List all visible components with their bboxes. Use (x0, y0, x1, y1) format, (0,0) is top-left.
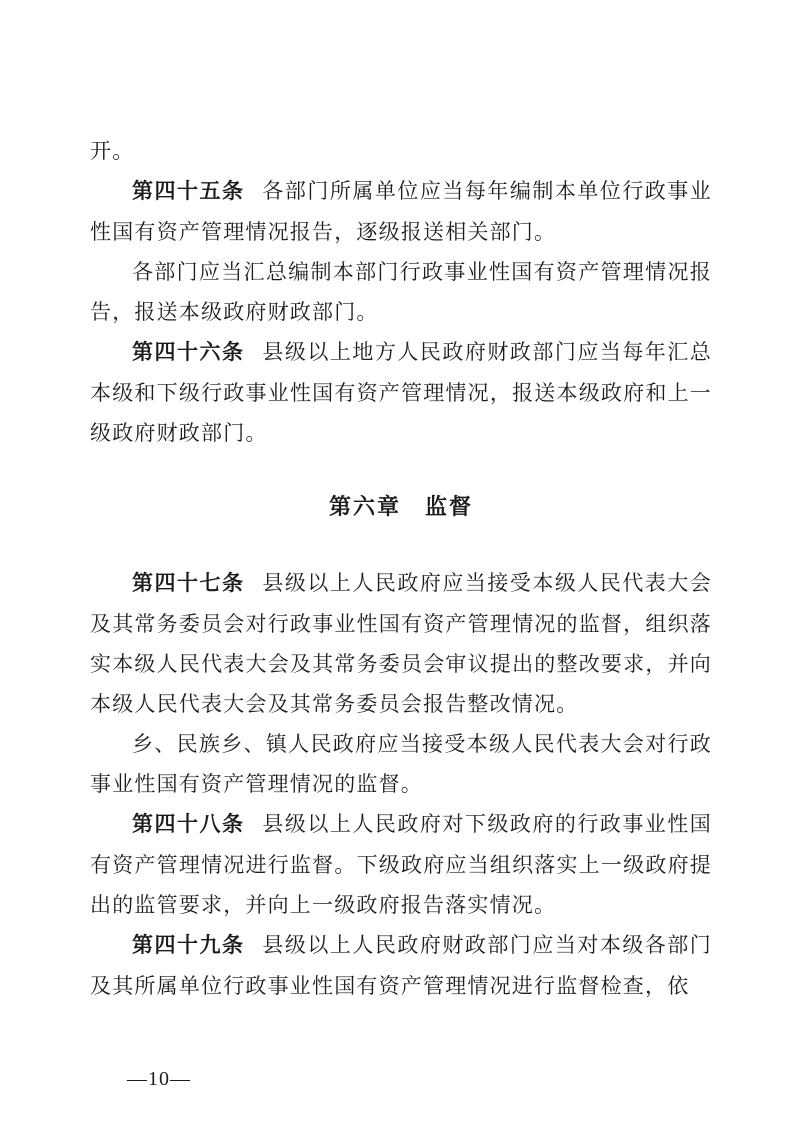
article-paragraph: 第四十九条县级以上人民政府财政部门应当对本级各部门及其所属单位行政事业性国有资产… (90, 925, 712, 1006)
article-number: 第四十五条 (132, 180, 245, 203)
document-content: 开。 第四十五条各部门所属单位应当每年编制本单位行政事业性国有资产管理情况报告，… (90, 131, 712, 1006)
article-paragraph: 第四十五条各部门所属单位应当每年编制本单位行政事业性国有资产管理情况报告，逐级报… (90, 171, 712, 252)
document-page: 开。 第四十五条各部门所属单位应当每年编制本单位行政事业性国有资产管理情况报告，… (0, 0, 793, 1122)
article-paragraph: 第四十七条县级以上人民政府应当接受本级人民代表大会及其常务委员会对行政事业性国有… (90, 563, 712, 724)
paragraph-text: 各部门应当汇总编制本部门行政事业性国有资产管理情况报告，报送本级政府财政部门。 (90, 260, 712, 324)
page-number: —10— (127, 1068, 191, 1091)
article-number: 第四十六条 (132, 341, 245, 364)
paragraph-text: 乡、民族乡、镇人民政府应当接受本级人民代表大会对行政事业性国有资产管理情况的监督… (90, 732, 712, 796)
article-number: 第四十九条 (132, 934, 245, 957)
paragraph-continuation: 开。 (90, 131, 712, 171)
body-paragraph: 各部门应当汇总编制本部门行政事业性国有资产管理情况报告，报送本级政府财政部门。 (90, 252, 712, 332)
chapter-heading: 第六章 监督 (90, 487, 712, 527)
article-number: 第四十八条 (132, 813, 245, 836)
article-number: 第四十七条 (132, 572, 245, 595)
article-paragraph: 第四十六条县级以上地方人民政府财政部门应当每年汇总本级和下级行政事业性国有资产管… (90, 332, 712, 453)
paragraph-text: 开。 (90, 139, 134, 163)
body-paragraph: 乡、民族乡、镇人民政府应当接受本级人民代表大会对行政事业性国有资产管理情况的监督… (90, 724, 712, 804)
article-paragraph: 第四十八条县级以上人民政府对下级政府的行政事业性国有资产管理情况进行监督。下级政… (90, 804, 712, 925)
